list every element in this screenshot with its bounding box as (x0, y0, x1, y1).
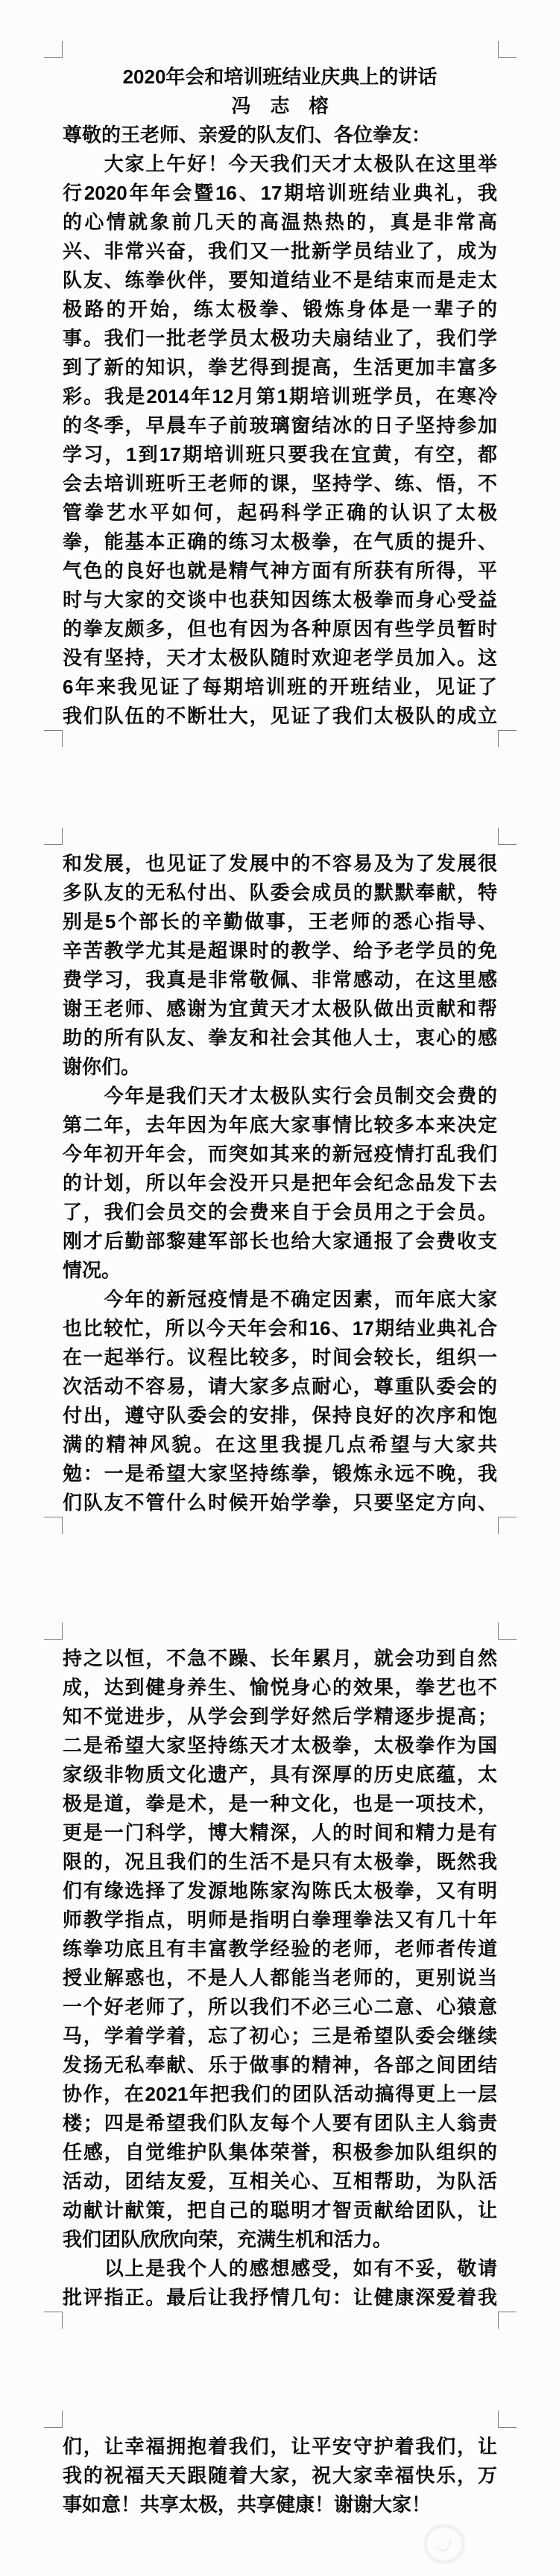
crop-mark-top-left (44, 828, 63, 845)
text-line: 今年是我们天才太极队实行会员制交会费的 (63, 1082, 497, 1111)
crop-mark-bottom-right (498, 1517, 517, 1534)
text-line: 助的所有队友、拳友和社会其他人士，衷心的感 (63, 1024, 497, 1053)
author-name: 冯 志 榕 (63, 92, 497, 121)
text-line: 事。我们一批老学员太极功夫扇结业了，我们学 (63, 324, 497, 353)
text-line: 一个好老师了，所以我们不必三心二意、心猿意 (63, 1993, 497, 2022)
text-line: 彩。我是2014年12月第1期培训班学员，在寒冷 (63, 382, 497, 411)
page-2: 和发展，也见证了发展中的不容易及为了发展很多队友的无私付出、队委会成员的默默奉献… (0, 828, 559, 1554)
stamp-inner-curve (432, 2531, 454, 2554)
crop-mark-top-right (498, 828, 517, 845)
text-line: 费学习，我真是非常敬佩、非常感动，在这里感 (63, 965, 497, 994)
text-line: 第二年，去年因为年底大家事情比较多本来决定 (63, 1111, 497, 1140)
text-line: 授业解惑也，不是人人都能当老师的，更别说当 (63, 1964, 497, 1993)
text-line: 们，让幸福拥抱着我们，让平安守护着我们，让 (63, 2432, 497, 2461)
text-line: 刚才后勤部黎建军部长也给大家通报了会费收支 (63, 1227, 497, 1256)
document-title: 2020年会和培训班结业庆典上的讲话 (63, 63, 497, 92)
text-line: 们有缘选择了发源地陈家沟陈氏太极拳，又有明 (63, 1877, 497, 1906)
text-line: 我的祝福天天跟随着大家，祝大家幸福快乐，万 (63, 2461, 497, 2490)
text-line: 在一起举行。议程比较多，时间会较长，组织一 (63, 1343, 497, 1372)
crop-mark-top-left (44, 2411, 63, 2428)
text-line: 更是一门科学，博大精深，人的时间和精力是有 (63, 1818, 497, 1847)
text-line: 家级非物质文化遗产，具有深厚的历史底蕴，太 (63, 1760, 497, 1789)
text-line: 二是希望大家坚持练天才太极拳，太极拳作为国 (63, 1731, 497, 1760)
text-line: 辛苦教学尤其是超课时的教学、给予老学员的免 (63, 936, 497, 965)
text-line: 极是道，拳是术，是一种文化，也是一项技术， (63, 1789, 497, 1818)
faint-circular-stamp-icon (423, 2524, 465, 2564)
text-line: 谢王老师、感谢为宜黄天才太极队做出贡献和帮 (63, 994, 497, 1024)
text-line: 到了新的知识，拳艺得到提高，生活更加丰富多 (63, 353, 497, 382)
crop-mark-bottom-left (44, 1517, 63, 1534)
text-line: 了，我们会员交的会费来自于会员用之于会员。 (63, 1198, 497, 1227)
text-line: 满的精神风貌。在这里我提几点希望与大家共 (63, 1430, 497, 1459)
text-line: 的冬季，早晨车子前玻璃窗结冰的日子坚持参加 (63, 411, 497, 440)
text-line: 的拳友颇多，但也有因为各种原因有些学员暂时 (63, 615, 497, 644)
text-line: 拳，能基本正确的练习太极拳，在气质的提升、 (63, 527, 497, 556)
crop-mark-top-left (44, 1622, 63, 1640)
text-line: 时与大家的交谈中也获知因练太极拳而身心受益 (63, 586, 497, 615)
text-line: 6年来我见证了每期培训班的开班结业，见证了 (63, 673, 497, 702)
text-line: 持之以恒，不急不躁、长年累月，就会功到自然 (63, 1644, 497, 1673)
crop-mark-bottom-left (44, 730, 63, 747)
text-line: 情况。 (63, 1256, 497, 1285)
text-line: 没有坚持，天才太极队随时欢迎老学员加入。这 (63, 644, 497, 673)
text-line: 会去培训班听王老师的课，坚持学、练、悟，不 (63, 469, 497, 498)
page-2-text: 和发展，也见证了发展中的不容易及为了发展很多队友的无私付出、队委会成员的默默奉献… (63, 849, 497, 1517)
text-line: 行2020年年会暨16、17期培训班结业典礼，我 (63, 179, 497, 208)
page-1: 2020年会和培训班结业庆典上的讲话冯 志 榕尊敬的王老师、亲爱的队友们、各位拳… (0, 41, 559, 764)
text-line: 活动，团结友爱，互相关心、互相帮助，为队活 (63, 2167, 497, 2196)
text-line: 次活动不容易，请大家多点耐心，尊重队委会的 (63, 1372, 497, 1401)
crop-mark-bottom-right (498, 2312, 517, 2329)
crop-mark-top-right (498, 1622, 517, 1640)
page-1-text: 2020年会和培训班结业庆典上的讲话冯 志 榕尊敬的王老师、亲爱的队友们、各位拳… (63, 63, 497, 731)
text-line: 发扬无私奉献、乐于做事的精神，各部之间团结 (63, 2051, 497, 2080)
text-line: 学习，1到17期培训班只要我在宜黄，有空，都 (63, 440, 497, 469)
text-line: 限的，况且我们的生活不是只有太极拳，既然我 (63, 1847, 497, 1877)
text-line: 兴、非常兴奋，我们又一批新学员结业了，成为 (63, 237, 497, 266)
text-line: 我们队伍的不断壮大，见证了我们太极队的成立 (63, 702, 497, 731)
text-line: 任感，自觉维护队集体荣誉，积极参加队组织的 (63, 2138, 497, 2167)
text-line: 多队友的无私付出、队委会成员的默默奉献，特 (63, 878, 497, 907)
text-line: 马，学着学着，忘了初心；三是希望队委会继续 (63, 2022, 497, 2051)
crop-mark-top-left (44, 41, 63, 58)
text-line: 动献计献策，把自己的聪明才智贡献给团队，让 (63, 2196, 497, 2225)
text-line: 师教学指点，明师是指明白拳理拳法又有几十年 (63, 1906, 497, 1935)
document-canvas: 2020年会和培训班结业庆典上的讲话冯 志 榕尊敬的王老师、亲爱的队友们、各位拳… (0, 0, 559, 2576)
text-line: 队友、练拳伙伴，要知道结业不是结束而是走太 (63, 266, 497, 295)
text-line: 成，达到健身养生、愉悦身心的效果，拳艺也不 (63, 1673, 497, 1702)
text-line: 今年的新冠疫情是不确定因素，而年底大家 (63, 1285, 497, 1314)
text-line: 协作，在2021年把我们的团队活动搞得更上一层 (63, 2080, 497, 2109)
text-line: 们队友不管什么时候开始学拳，只要坚定方向、 (63, 1488, 497, 1517)
text-line: 今年初开年会，而突如其来的新冠疫情打乱我们 (63, 1140, 497, 1169)
text-line: 事如意！共享太极，共享健康！谢谢大家！ (63, 2490, 497, 2519)
text-line: 付出，遵守队委会的安排，保持良好的次序和饱 (63, 1401, 497, 1430)
text-line: 大家上午好！今天我们天才太极队在这里举 (63, 150, 497, 179)
text-line: 以上是我个人的感想感受，如有不妥，敬请 (63, 2254, 497, 2283)
text-line: 的计划，所以年会没开只是把年会纪念品发下去 (63, 1169, 497, 1198)
text-line: 和发展，也见证了发展中的不容易及为了发展很 (63, 849, 497, 878)
text-line: 的心情就象前几天的高温热热的，真是非常高 (63, 208, 497, 237)
page-3-text: 持之以恒，不急不躁、长年累月，就会功到自然成，达到健身养生、愉悦身心的效果，拳艺… (63, 1644, 497, 2312)
crop-mark-bottom-right (498, 730, 517, 747)
crop-mark-bottom-left (44, 2312, 63, 2329)
text-line: 批评指正。最后让我抒情几句：让健康深爱着我 (63, 2283, 497, 2312)
text-line: 勉：一是希望大家坚持练拳，锻炼永远不晚，我 (63, 1459, 497, 1488)
text-line: 别是5个部长的辛勤做事，王老师的悉心指导、 (63, 907, 497, 936)
text-line: 我们团队欣欣向荣，充满生机和活力。 (63, 2225, 497, 2254)
text-line: 管拳艺水平如何，起码科学正确的认识了太极 (63, 498, 497, 527)
text-line: 尊敬的王老师、亲爱的队友们、各位拳友： (63, 121, 497, 150)
text-line: 极路的开始，练太极拳、锻炼身体是一辈子的 (63, 295, 497, 324)
text-line: 谢你们。 (63, 1053, 497, 1082)
page-3: 持之以恒，不急不躁、长年累月，就会功到自然成，达到健身养生、愉悦身心的效果，拳艺… (0, 1622, 559, 2345)
crop-mark-top-right (498, 2411, 517, 2428)
text-line: 也比较忙，所以今天年会和16、17期结业典礼合 (63, 1314, 497, 1343)
crop-mark-top-right (498, 41, 517, 58)
page-4: 们，让幸福拥抱着我们，让平安守护着我们，让我的祝福天天跟随着大家，祝大家幸福快乐… (0, 2411, 559, 2576)
text-line: 知不觉进步，从学会到学好然后学精逐步提高； (63, 1702, 497, 1731)
page-4-text: 们，让幸福拥抱着我们，让平安守护着我们，让我的祝福天天跟随着大家，祝大家幸福快乐… (63, 2432, 497, 2519)
text-line: 气色的良好也就是精气神方面有所获有所得，平 (63, 556, 497, 586)
text-line: 练拳功底且有丰富教学经验的老师，老师者传道 (63, 1935, 497, 1964)
text-line: 楼；四是希望我们队友每个人要有团队主人翁责 (63, 2109, 497, 2138)
